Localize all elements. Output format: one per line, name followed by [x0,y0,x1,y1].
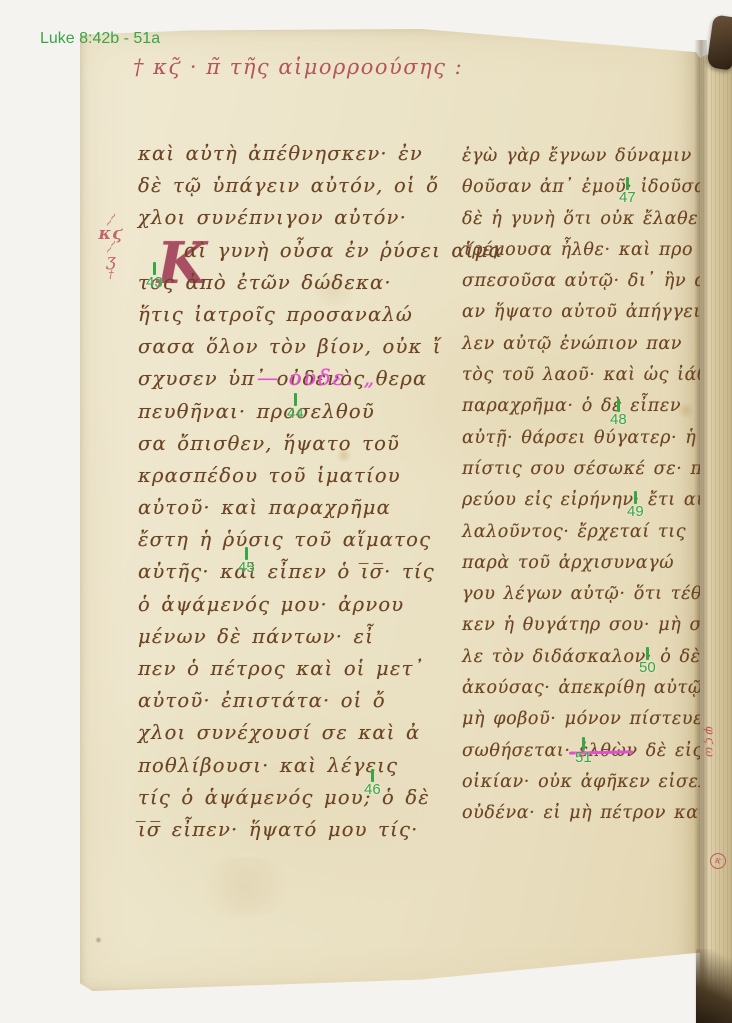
manuscript-line: τος ἀπὸ ἐτῶν δώδεκα· [138,267,503,299]
manuscript-line: σπεσοῦσα αὐτῷ· δι᾿ ἣν αἰτί [462,266,732,297]
flourish-cross: † [108,270,114,280]
manuscript-photograph: † κϛ̃ · π̃ τῆς αἱμορροούσης : ~~ κϛ ~~ ʒ… [0,0,732,1023]
verse-marker-45: 45 [238,547,255,575]
variant-annotation-oude: — ουδε. „ [257,366,376,390]
chapter-title-rubric: † κϛ̃ · π̃ τῆς αἱμορροούσης : [133,55,463,79]
manuscript-line: παραχρῆμα· ὁ δὲ εἶπεν [462,391,732,422]
manuscript-line: καὶ αὐτὴ ἀπέθνησκεν· ἐν [138,138,503,170]
manuscript-line: αὐτοῦ· ἐπιστάτα· οἱ ὄ [138,685,503,717]
manuscript-line: χλοι συνέπνιγον αὐτόν· [138,202,503,234]
manuscript-line: ποθλίβουσι· καὶ λέγεις [138,750,503,782]
book-fore-edge [700,44,732,1023]
verse-reference-label: Luke 8:42b - 51a [40,30,160,48]
manuscript-line: τὸς τοῦ λαοῦ· καὶ ὡς ἰάθη [462,360,732,391]
manuscript-line: μὴ φοβοῦ· μόνον πίστευε ϗ [462,704,732,735]
manuscript-line: λε τὸν διδάσκαλον· ὁ δὲ ι̅σ̅ [462,642,732,673]
verse-marker-51: 51 [575,737,592,765]
parchment-stain [190,857,300,917]
manuscript-line: ρεύου εἰς εἰρήνην· ἔτι αὐτοῦ [462,485,732,516]
verse-marker-43: 43 [146,262,163,290]
manuscript-page: † κϛ̃ · π̃ τῆς αἱμορροούσης : ~~ κϛ ~~ ʒ… [80,29,701,991]
verse-number: 43 [146,275,163,290]
verse-number: 50 [639,660,656,675]
verse-number: 51 [575,750,592,765]
manuscript-line: αν ἥψατο αὐτοῦ ἀπήγγει [462,297,732,328]
manuscript-line: ὁ ἁψάμενός μου· ἀρνου [138,589,503,621]
verse-marker-44: 44 [287,393,304,421]
manuscript-line: λαλοῦντος· ἔρχεταί τις [462,517,732,548]
verse-number: 45 [238,560,255,575]
manuscript-line: πευθῆναι· προσελθοῦ [138,396,503,428]
manuscript-line: οὐδένα· εἰ μὴ πέτρον καὶ ἰω̅ [462,798,732,829]
manuscript-line: λεν αὐτῷ ἐνώπιον παν [462,329,732,360]
manuscript-line: πίστις σου σέσωκέ σε· πο [462,454,732,485]
verse-marker-50: 50 [639,647,656,675]
verse-number: 44 [287,406,304,421]
text-column-right: ἐγὼ γὰρ ἔγνων δύναμιν ἐξελ θοῦσαν ἀπ᾿ ἐμ… [462,141,732,830]
verse-number: 48 [610,412,627,427]
manuscript-line: αὶ γυνὴ οὖσα ἐν ῥύσει αἵμα [138,235,503,267]
manuscript-line: παρὰ τοῦ ἀρχισυναγώ [462,548,732,579]
manuscript-line: θοῦσαν ἀπ᾿ ἐμοῦ· ἰδοῦσα [462,172,732,203]
manuscript-line: ι̅σ̅ εἶπεν· ἥψατό μου τίς· [138,814,503,846]
manuscript-line: δὲ τῷ ὑπάγειν αὐτόν, οἱ ὄ [138,170,503,202]
verse-marker-46: 46 [364,769,381,797]
manuscript-line: πεν ὁ πέτρος καὶ οἱ μετ᾿ [138,653,503,685]
manuscript-line: ἀκούσας· ἀπεκρίθη αὐτῷ λέγω [462,673,732,704]
binding-clasp [706,15,732,71]
verse-number: 46 [364,782,381,797]
manuscript-line: μένων δὲ πάντων· εἶ [138,621,503,653]
manuscript-line: σα ὄπισθεν, ἥψατο τοῦ [138,428,503,460]
fore-edge-shadow [696,949,732,1023]
manuscript-line: γου λέγων αὐτῷ· ὅτι τέθνη [462,579,732,610]
manuscript-line: ἔστη ἡ ῥύσις τοῦ αἵματος [138,524,503,556]
manuscript-line: δὲ ἡ γυνὴ ὅτι οὐκ ἔλαθε· [462,204,732,235]
manuscript-line: κρασπέδου τοῦ ἱματίου [138,460,503,492]
manuscript-line: αὐτοῦ· καὶ παραχρῆμα [138,492,503,524]
manuscript-line: σασα ὅλον τὸν βίον, οὐκ ἴ [138,331,503,363]
manuscript-line: τρέμουσα ἦλθε· καὶ προ [462,235,732,266]
fore-edge-red-annotation: φϛω [703,726,717,792]
text-column-left: καὶ αὐτὴ ἀπέθνησκεν· ἐν δὲ τῷ ὑπάγειν αὐ… [138,138,503,846]
margin-chapter-number: ~~ κϛ ~~ ʒ † [98,215,124,280]
verse-number: 49 [627,504,644,519]
manuscript-line: κεν ἡ θυγάτηρ σου· μὴ σκύλ [462,610,732,641]
manuscript-line: ἥτις ἰατροῖς προσαναλώ [138,299,503,331]
parchment-spot [328,983,334,988]
parchment-spot [95,937,102,943]
manuscript-line: αὐτῆς· καὶ εἶπεν ὁ ι̅σ̅· τίς [138,556,503,588]
manuscript-line: τίς ὁ ἁψάμενός μου; ὁ δὲ [138,782,503,814]
manuscript-line: αὐτῇ· θάρσει θύγατερ· ἡ [462,423,732,454]
manuscript-line: οἰκίαν· οὐκ ἀφῆκεν εἰσελθεῖν [462,767,732,798]
manuscript-line: ἐγὼ γὰρ ἔγνων δύναμιν ἐξελ [462,141,732,172]
verse-marker-48: 48 [610,399,627,427]
manuscript-line: χλοι συνέχουσί σε καὶ ἀ [138,717,503,749]
verse-marker-47: 47 [619,177,636,205]
verse-marker-49: 49 [627,491,644,519]
verse-number: 47 [619,190,636,205]
